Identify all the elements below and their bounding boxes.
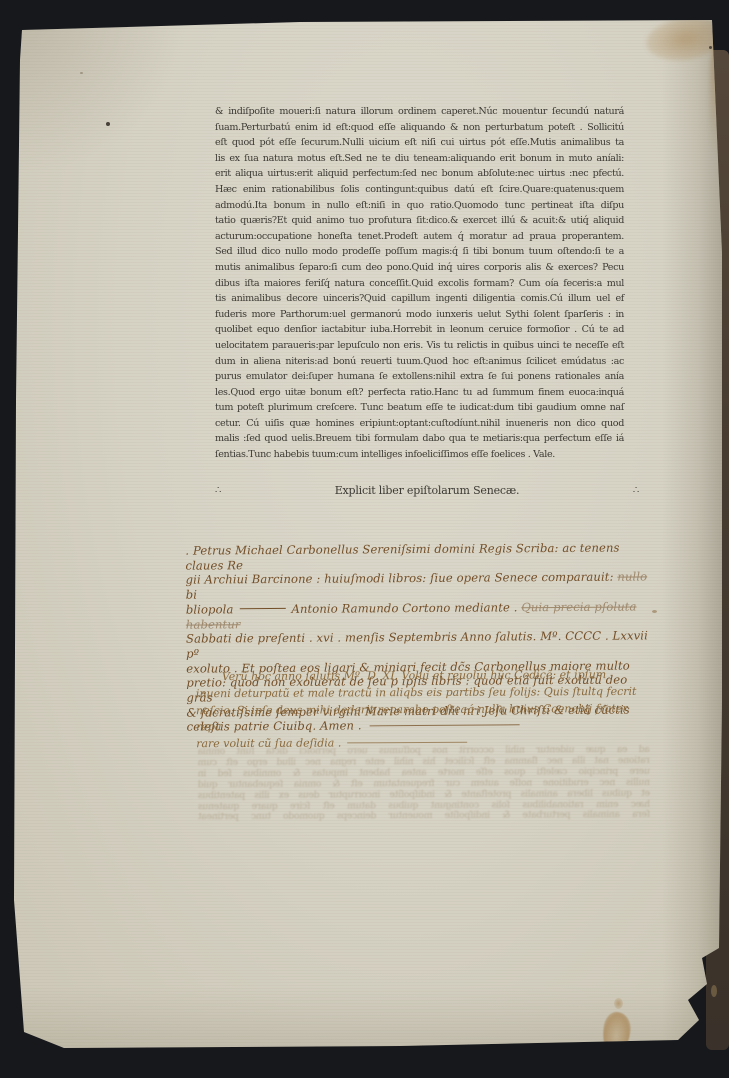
printed-line: les.Quod ergo uitæ bonum eſt? perfecta r… <box>215 385 624 401</box>
colophon: ∴ Explicit liber epiſtolarum Senecæ. ∴ <box>215 484 639 497</box>
ink-speck <box>80 72 83 74</box>
printed-line: ſentias.Tunc habebis tuum:cum intelliges… <box>215 447 624 463</box>
printed-line: malis :ſed quod uelis.Breuem tibi formul… <box>215 431 624 447</box>
ink-stain-bottom-right <box>601 1011 632 1058</box>
printed-line: dibus iſta maiores feriſq́ natura conceſ… <box>215 276 624 292</box>
inscription-text: bliopola <box>186 602 234 616</box>
ink-dash <box>239 608 285 609</box>
printed-line: acturum:occupatione honeſta tenet.Prodeſ… <box>215 229 624 245</box>
inscription-line: Verũ hoc anno ſalutis Mº. D. XI. Volui e… <box>196 667 654 686</box>
printed-line: erit aliqua uirtus:erit aliquid perfectu… <box>215 166 624 182</box>
inscription-text: inueni deturpatũ et male tractũ in aliqb… <box>196 685 637 700</box>
show-through-text: ad ea quæ uidentur nihil occorrit nos po… <box>198 745 650 824</box>
printed-line: tis animalibus decore uinceris?Quid capi… <box>215 291 624 307</box>
printed-text-block: & indiſpoſite moueri:ſi natura illorum o… <box>215 104 624 463</box>
later-inscription: Verũ hoc anno ſalutis Mº. D. XI. Volui e… <box>196 667 654 753</box>
printed-line: dum in aliena niteris:ad bonú reuerti tu… <box>215 354 624 370</box>
printed-line: ſuam.Perturbatú enim id eſt:quod eſſe al… <box>215 120 624 136</box>
inscription-text: bi <box>186 588 197 602</box>
printed-line: lis ex ſua natura motus eſt.Sed ne te di… <box>215 151 624 167</box>
printed-line: eſt quod pót eſſe ſecurum.Nulli uicium e… <box>215 135 624 151</box>
inscription-text: neſcio. Si ipſe deus mihi dederit repara… <box>196 702 628 734</box>
printed-line: mutis animalibus ſeparo:ſi cum deo pono.… <box>215 260 624 276</box>
ink-speck <box>106 122 110 126</box>
inscription-line: neſcio. Si ipſe deus mihi dederit repara… <box>196 700 654 736</box>
printed-line: cetur. Cú uiſis quæ homines eripiunt:opt… <box>215 416 624 432</box>
colophon-right-mark: ∴ <box>633 485 639 496</box>
printed-line: tum poteſt plurimum creſcere. Tunc beatu… <box>215 400 624 416</box>
inscription-text: Antonio Ramundo Cortono mediante . <box>291 600 517 616</box>
page-curve-shadow <box>662 16 722 1056</box>
printed-line: Hæc enim rationabilibus ſolis contingunt… <box>215 182 624 198</box>
printed-line: tatio quæris?Et quid animo tuo profutura… <box>215 213 624 229</box>
printed-line: Sed illud dico nullo modo prodeſſe poſſu… <box>215 244 624 260</box>
inscription-text: Sabbati die preſenti . xvi . menſis Sept… <box>186 629 648 661</box>
ink-stain-dot <box>614 998 623 1009</box>
inscription-line: . Petrus Michael Carbonellus Sereniſsimi… <box>185 540 653 573</box>
inscription-line: Sabbati die preſenti . xvi . menſis Sept… <box>186 629 654 662</box>
struck-text: nullo <box>617 570 647 584</box>
fore-edge-fleck <box>711 985 717 997</box>
printed-line: & indiſpoſite moueri:ſi natura illorum o… <box>215 104 624 120</box>
page-corner-shadow <box>10 16 190 176</box>
photograph-background: & indiſpoſite moueri:ſi natura illorum o… <box>0 0 729 1078</box>
ink-rule <box>347 741 467 743</box>
colophon-text: Explicit liber epiſtolarum Senecæ. <box>221 484 633 497</box>
inscription-line: gii Archiui Barcinone : huiuſmodi libros… <box>186 570 654 603</box>
inscription-text: gii Archiui Barcinone : huiuſmodi libros… <box>186 570 614 587</box>
inscription-line: inueni deturpatũ et male tractũ in aliqb… <box>196 684 654 703</box>
printed-line: quolibet equo denſior iactabitur iuba.Ho… <box>215 322 624 338</box>
printed-line: fuderis more Parthorum:uel germanorú mod… <box>215 307 624 323</box>
printed-line: purus emulator dei:ſuper humana ſe extol… <box>215 369 624 385</box>
ink-speck <box>709 46 712 49</box>
inscription-text: Verũ hoc anno ſalutis Mº. D. XI. Volui e… <box>222 668 606 683</box>
printed-line: uelocitatem paraueris:par lepuſculo non … <box>215 338 624 354</box>
inscription-line: bliopolaAntonio Ramundo Cortono mediante… <box>186 599 654 632</box>
printed-line: admodú.Ita bonum in nullo eſt:niſi in qu… <box>215 198 624 214</box>
inscription-text: . Petrus Michael Carbonellus Sereniſsimi… <box>185 541 619 573</box>
